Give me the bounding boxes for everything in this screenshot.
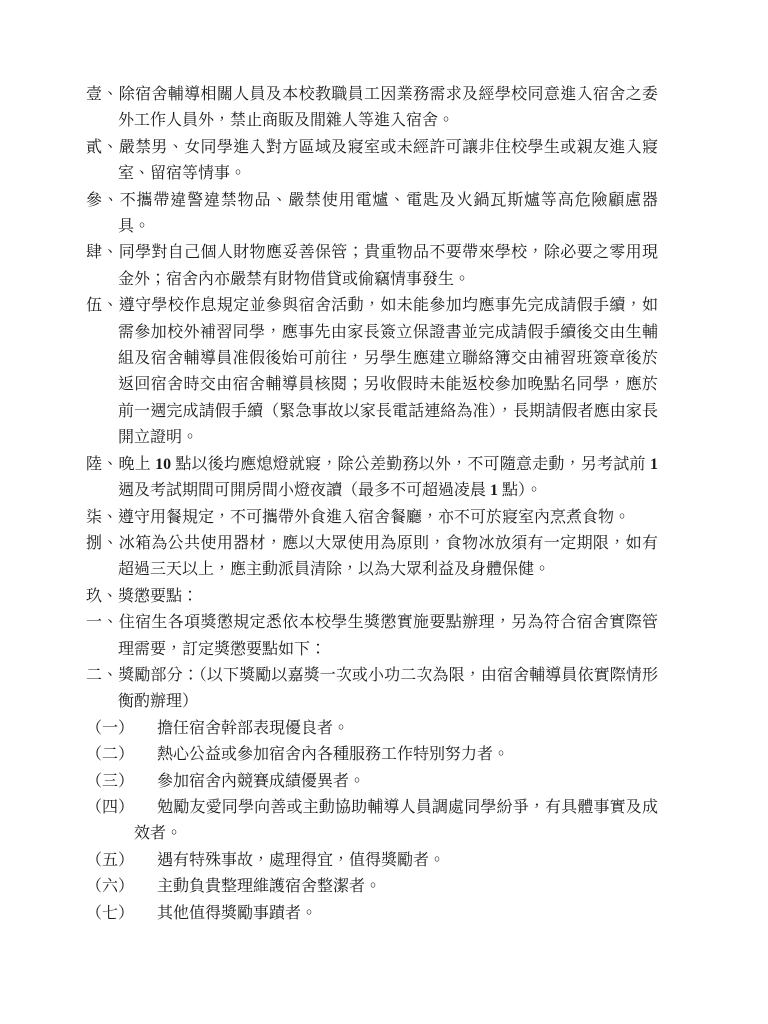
rule-number-label: 參、 [86, 192, 120, 209]
rule-text: 除宿舍輔導相關人員及本校教職員工因業務需求及經學校同意進入宿舍之委外工作人員外，… [118, 86, 658, 129]
rule-paragraph: 壹、除宿舍輔導相關人員及本校教職員工因業務需求及經學校同意進入宿舍之委外工作人員… [86, 82, 658, 135]
rule-text: 遵守學校作息規定並參與宿舍活動，如未能參加均應事先完成請假手續，如需參加校外補習… [118, 297, 658, 446]
rule-number-label: 一、 [86, 614, 119, 631]
rule-text: 獎勵部分：（以下獎勵以嘉獎一次或小功二次為限，由宿舍輔導員依實際情形衡酌辦理） [118, 667, 658, 710]
rule-number-label: （五） [86, 848, 157, 874]
rule-number-label: （三） [86, 769, 157, 795]
rule-number-label: （二） [86, 742, 157, 768]
rule-paragraph: 二、獎勵部分：（以下獎勵以嘉獎一次或小功二次為限，由宿舍輔導員依實際情形衡酌辦理… [86, 663, 658, 716]
rule-paragraph: 貳、嚴禁男、女同學進入對方區域及寢室或未經許可讓非住校學生或親友進入寢室、留宿等… [86, 135, 658, 188]
rule-number-label: 貳、 [86, 139, 119, 156]
rule-text: 遇有特殊事故，處理得宜，值得獎勵者。 [157, 852, 445, 869]
rule-text: 擔任宿舍幹部表現優良者。 [157, 720, 349, 737]
rule-text: 勉勵友愛同學向善或主動協助輔導人員調處同學紛爭，有具體事實及成效者。 [134, 799, 658, 842]
rule-number-label: 玖、 [86, 588, 118, 605]
rule-number-label: 陸、 [86, 456, 118, 473]
rule-paragraph: 一、住宿生各項獎懲規定悉依本校學生獎懲實施要點辦理，另為符合宿舍實際管理需要，訂… [86, 610, 658, 663]
rule-text: 嚴禁男、女同學進入對方區域及寢室或未經許可讓非住校學生或親友進入寢室、留宿等情事… [118, 139, 658, 182]
rules-list: 壹、除宿舍輔導相關人員及本校教職員工因業務需求及經學校同意進入宿舍之委外工作人員… [86, 82, 658, 927]
rule-paragraph: 捌、冰箱為公共使用器材，應以大眾使用為原則，食物冰放須有一定期限，如有超過三天以… [86, 531, 658, 584]
rule-paragraph: （六）主動負貴整理維護宿舍整潔者。 [86, 874, 658, 900]
rule-text: 同學對自己個人財物應妥善保管；貴重物品不要帶來學校，除必要之零用現金外；宿舍內亦… [118, 244, 658, 287]
rule-text: 獎懲要點： [118, 588, 198, 605]
rule-paragraph: 陸、晚上 10 點以後均應熄燈就寢，除公差勤務以外，不可隨意走動，另考試前 1 … [86, 452, 658, 505]
rule-paragraph: （一）擔任宿舍幹部表現優良者。 [86, 716, 658, 742]
rule-paragraph: 伍、遵守學校作息規定並參與宿舍活動，如未能參加均應事先完成請假手續，如需參加校外… [86, 293, 658, 451]
rule-paragraph: （二）熱心公益或參加宿舍內各種服務工作特別努力者。 [86, 742, 658, 768]
rule-paragraph: 參、不攜帶違警違禁物品、嚴禁使用電爐、電匙及火鍋瓦斯爐等高危險顧慮器具。 [86, 188, 658, 241]
rule-number-label: 壹、 [86, 86, 119, 103]
rule-text: 其他值得獎勵事蹟者。 [157, 905, 317, 922]
rule-paragraph: 玖、獎懲要點： [86, 584, 658, 610]
rule-number-label: 柒、 [86, 509, 118, 526]
rule-number-label: 伍、 [86, 297, 119, 314]
rule-text: 不攜帶違警違禁物品、嚴禁使用電爐、電匙及火鍋瓦斯爐等高危險顧慮器具。 [118, 192, 658, 235]
rule-number-label: 二、 [86, 667, 118, 684]
rule-text: 參加宿舍內競賽成績優異者。 [157, 773, 365, 790]
rule-text: 熱心公益或參加宿舍內各種服務工作特別努力者。 [157, 746, 509, 763]
rule-text: 主動負貴整理維護宿舍整潔者。 [157, 878, 381, 895]
rule-text: 冰箱為公共使用器材，應以大眾使用為原則，食物冰放須有一定期限，如有超過三天以上，… [118, 535, 658, 578]
rule-paragraph: （四）勉勵友愛同學向善或主動協助輔導人員調處同學紛爭，有具體事實及成效者。 [86, 795, 658, 848]
rule-number-label: （六） [86, 874, 157, 900]
rule-paragraph: （三）參加宿舍內競賽成績優異者。 [86, 769, 658, 795]
rule-number-label: 捌、 [86, 535, 119, 552]
rule-paragraph: （五）遇有特殊事故，處理得宜，值得獎勵者。 [86, 848, 658, 874]
rule-paragraph: （七）其他值得獎勵事蹟者。 [86, 901, 658, 927]
rule-number-label: （一） [86, 716, 157, 742]
document-page: 壹、除宿舍輔導相關人員及本校教職員工因業務需求及經學校同意進入宿舍之委外工作人員… [86, 82, 658, 927]
rule-number-label: 肆、 [86, 244, 119, 261]
rule-number-label: （七） [86, 901, 157, 927]
rule-paragraph: 肆、同學對自己個人財物應妥善保管；貴重物品不要帶來學校，除必要之零用現金外；宿舍… [86, 240, 658, 293]
rule-text: 住宿生各項獎懲規定悉依本校學生獎懲實施要點辦理，另為符合宿舍實際管理需要，訂定獎… [118, 614, 658, 657]
rule-number-label: （四） [86, 795, 157, 821]
rule-text: 晚上 10 點以後均應熄燈就寢，除公差勤務以外，不可隨意走動，另考試前 1 週及… [118, 456, 658, 499]
rule-paragraph: 柒、遵守用餐規定，不可攜帶外食進入宿舍餐廳，亦不可於寢室內烹煮食物。 [86, 505, 658, 531]
rule-text: 遵守用餐規定，不可攜帶外食進入宿舍餐廳，亦不可於寢室內烹煮食物。 [118, 509, 630, 526]
